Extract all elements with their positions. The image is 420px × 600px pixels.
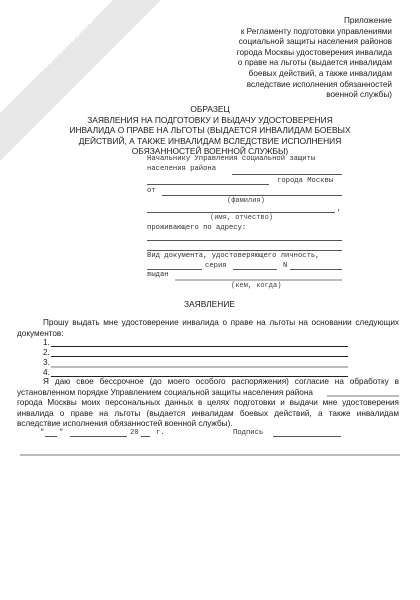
appendix-line: социальной защиты населения районов: [192, 37, 392, 48]
district-field[interactable]: [232, 174, 342, 175]
request-paragraph: Прошу выдать мне удостоверение инвалида …: [17, 318, 399, 339]
month-field[interactable]: [70, 436, 127, 437]
address-field-1[interactable]: [147, 240, 342, 241]
signature-field[interactable]: [273, 436, 341, 437]
doc-item-field-2[interactable]: [51, 356, 348, 357]
appendix-note: Приложение к Регламенту подготовки управ…: [192, 16, 392, 101]
series-field[interactable]: [233, 269, 277, 270]
year-field[interactable]: [141, 436, 150, 437]
consent-paragraph-2: города Москвы моих персональных данных в…: [17, 398, 399, 430]
surname-field[interactable]: [162, 195, 342, 196]
number-field[interactable]: [290, 269, 342, 270]
doc-item-number: 4.: [43, 368, 50, 377]
document-title: ОБРАЗЕЦ ЗАЯВЛЕНИЯ НА ПОДГОТОВКУ И ВЫДАЧУ…: [40, 104, 380, 157]
appendix-line: Приложение: [192, 16, 392, 27]
appendix-line: военной службы): [192, 90, 392, 101]
issued-field[interactable]: [175, 279, 342, 281]
year-prefix: 20: [130, 429, 139, 437]
appendix-line: города Москвы удостоверения инвалида: [192, 48, 392, 59]
doc-item-field-3[interactable]: [51, 366, 348, 368]
day-field[interactable]: [45, 436, 57, 437]
residing-label: проживающего по адресу:: [147, 224, 246, 232]
date-quote-open: ": [40, 429, 44, 437]
year-suffix: г.: [156, 429, 165, 437]
district-field-cont[interactable]: [147, 184, 269, 185]
doc-type-label: Вид документа, удостоверяющего личность,: [147, 252, 320, 260]
series-label: серия: [205, 262, 227, 270]
appendix-line: вследствие исполнения обязанностей: [192, 80, 392, 91]
appendix-line: боевых действий, а также инвалидам: [192, 69, 392, 80]
addressee-district-label: населения района: [147, 165, 216, 173]
bottom-divider: [20, 454, 400, 456]
title-line: ОБРАЗЕЦ: [40, 104, 380, 115]
title-line: ДЕЙСТВИЙ, А ТАКЖЕ ИНВАЛИДАМ ВСЛЕДСТВИЕ И…: [40, 136, 380, 147]
doc-type-field[interactable]: [147, 269, 202, 270]
address-field-2[interactable]: [147, 250, 342, 251]
comma: ,: [337, 205, 341, 213]
from-label: от: [147, 187, 156, 195]
doc-item-field-1[interactable]: [51, 346, 348, 347]
document-page: NoNumber.ru Приложение к Регламенту подг…: [0, 0, 420, 600]
appendix-line: о праве на льготы (выдается инвалидам: [192, 58, 392, 69]
consent-district-field[interactable]: [327, 395, 399, 397]
issued-caption: (кем, когда): [231, 282, 281, 290]
name-caption: (имя, отчество): [210, 214, 273, 222]
signature-label: Подпись: [233, 429, 263, 437]
statement-heading: ЗАЯВЛЕНИЕ: [184, 299, 235, 309]
issued-label: выдан: [147, 271, 169, 279]
consent-text-1: Я даю свое бессрочное (до моего особого …: [17, 377, 399, 397]
doc-item-number: 1.: [43, 338, 50, 347]
surname-caption: (фамилия): [227, 197, 265, 205]
doc-item-number: 2.: [43, 348, 50, 357]
title-line: ИНВАЛИДА О ПРАВЕ НА ЛЬГОТЫ (ВЫДАЕТСЯ ИНВ…: [40, 125, 380, 136]
addressee-line1: Начальнику Управления социальной защиты: [147, 155, 315, 163]
appendix-line: к Регламенту подготовки управлениями: [192, 27, 392, 38]
name-field[interactable]: [147, 212, 335, 213]
doc-item-number: 3.: [43, 358, 50, 367]
date-quote-close: ": [59, 429, 63, 437]
number-label: N: [283, 262, 287, 270]
title-line: ЗАЯВЛЕНИЯ НА ПОДГОТОВКУ И ВЫДАЧУ УДОСТОВ…: [40, 115, 380, 126]
city-label: города Москвы: [277, 177, 333, 185]
